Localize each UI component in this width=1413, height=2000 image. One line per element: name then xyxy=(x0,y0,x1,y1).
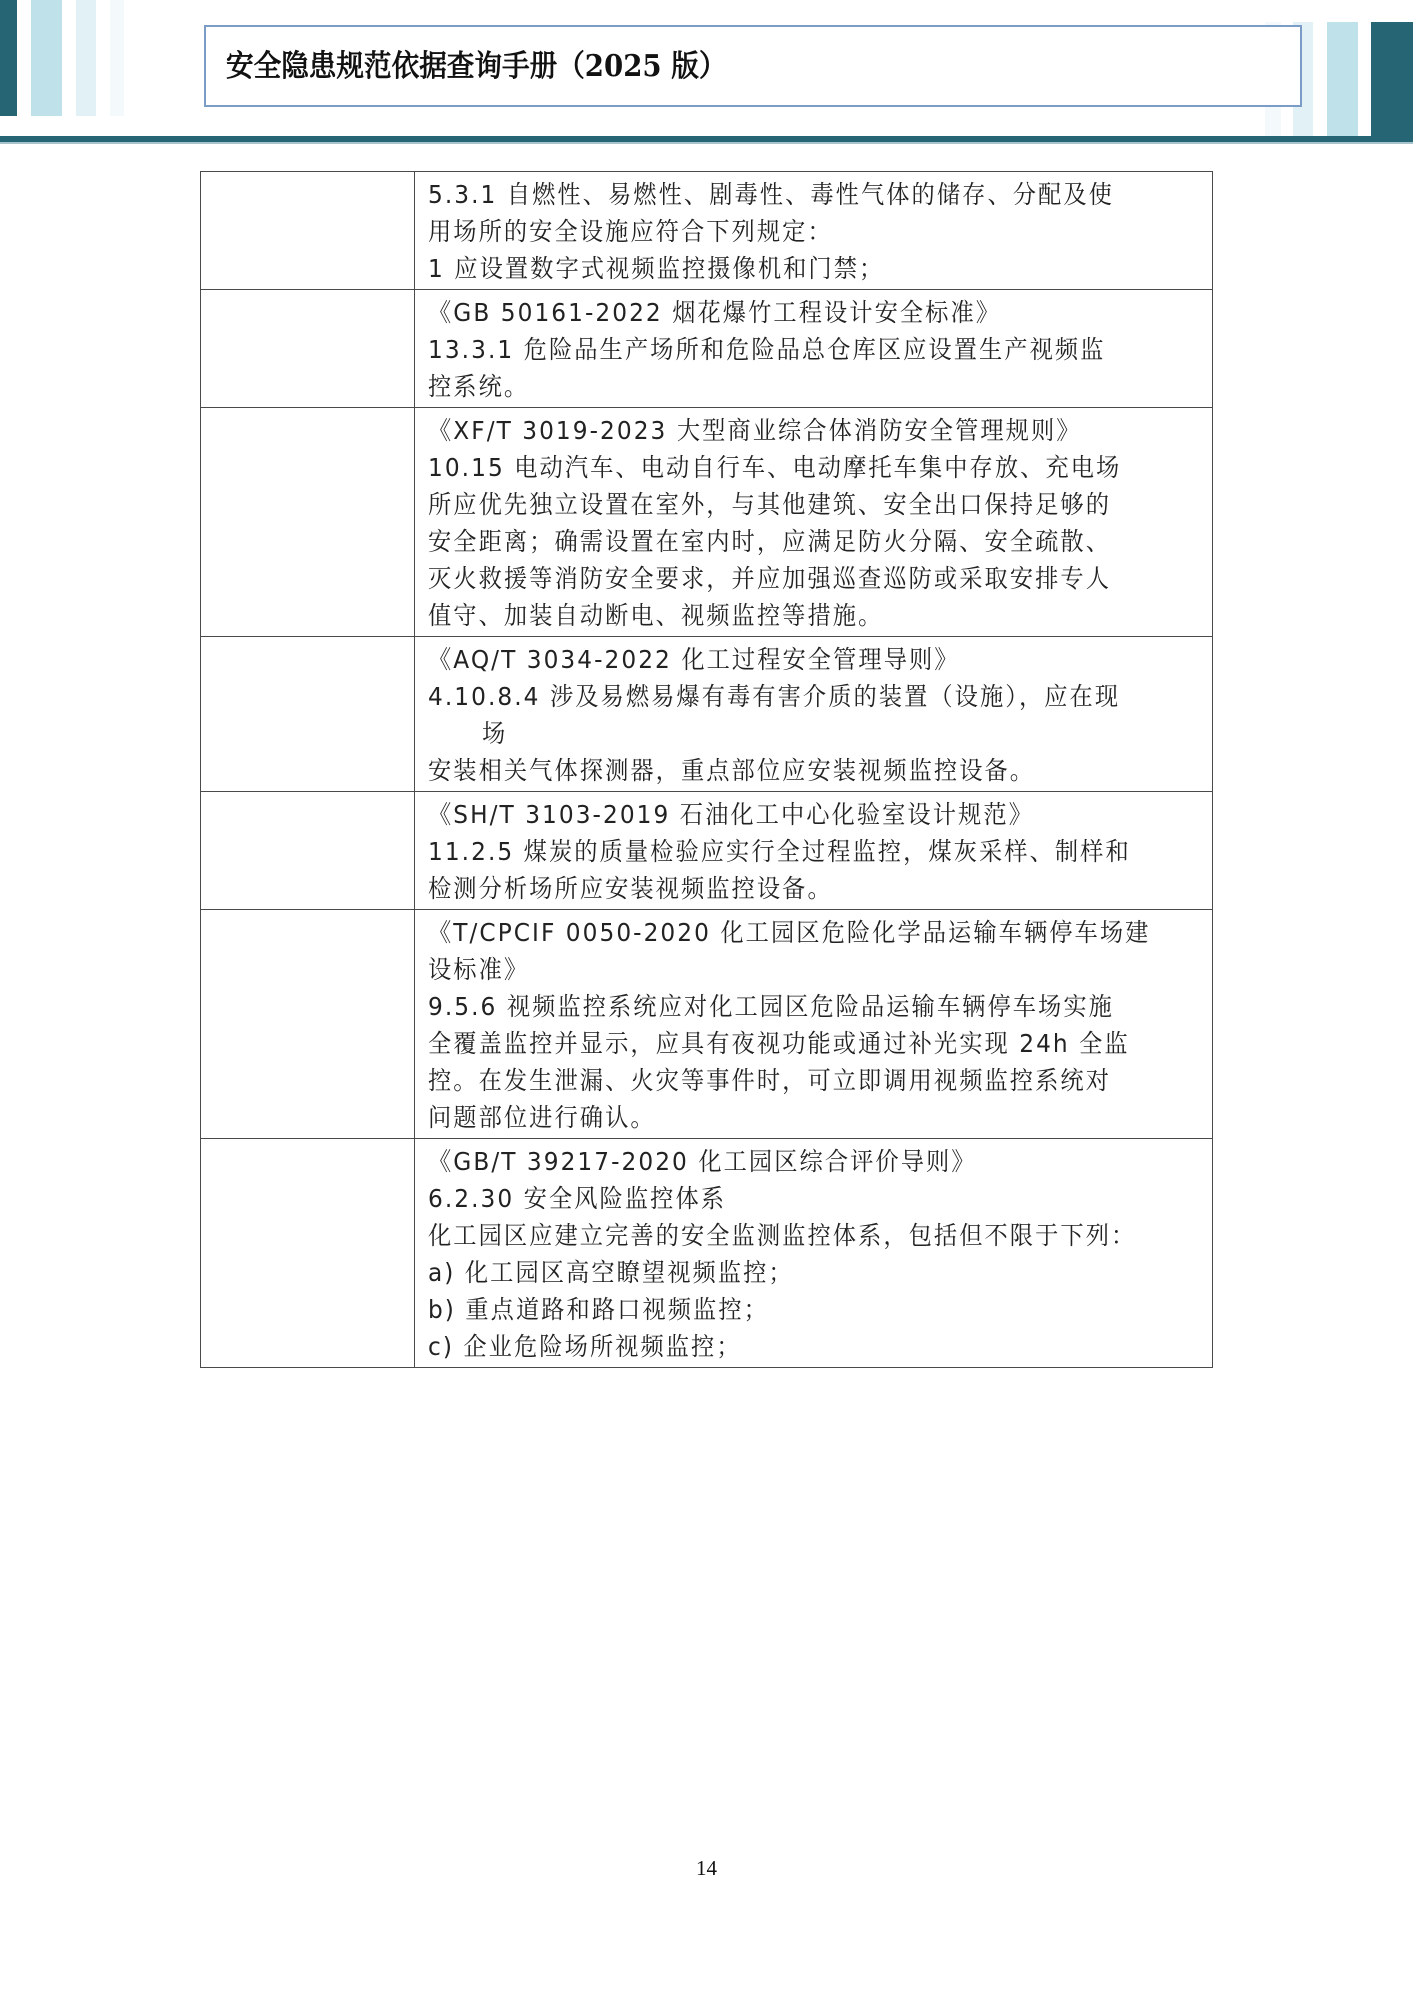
regulation-text-line: 安装相关气体探测器，重点部位应安装视频监控设备。 xyxy=(428,752,1146,789)
regulation-text-line: 10.15 电动汽车、电动自行车、电动摩托车集中存放、充电场 xyxy=(428,449,1146,486)
regulation-text-line: 问题部位进行确认。 xyxy=(428,1099,1146,1136)
standard-title: 《SH/T 3103-2019 石油化工中心化验室设计规范》 xyxy=(428,796,1146,833)
regulation-text-line: 用场所的安全设施应符合下列规定： xyxy=(428,213,1146,250)
list-item: b) 重点道路和路口视频监控； xyxy=(428,1291,1146,1328)
table-row: 《XF/T 3019-2023 大型商业综合体消防安全管理规则》 10.15 电… xyxy=(201,408,1213,637)
regulation-cell: 《XF/T 3019-2023 大型商业综合体消防安全管理规则》 10.15 电… xyxy=(415,408,1213,637)
standard-title: 《T/CPCIF 0050-2020 化工园区危险化学品运输车辆停车场建 xyxy=(428,914,1146,951)
category-cell xyxy=(201,1139,415,1368)
header-stripe-dark-left xyxy=(0,0,17,116)
regulation-text-line: 6.2.30 安全风险监控体系 xyxy=(428,1180,1146,1217)
category-cell xyxy=(201,172,415,290)
standard-title: 设标准》 xyxy=(428,951,1146,988)
regulation-text-line: 控系统。 xyxy=(428,368,1146,405)
header-stripe-faint-left xyxy=(110,0,124,116)
header-stripe-light-left xyxy=(31,0,62,116)
list-item: c) 企业危险场所视频监控； xyxy=(428,1328,1146,1365)
regulation-cell: 《T/CPCIF 0050-2020 化工园区危险化学品运输车辆停车场建 设标准… xyxy=(415,910,1213,1139)
regulation-cell: 5.3.1 自燃性、易燃性、剧毒性、毒性气体的储存、分配及使 用场所的安全设施应… xyxy=(415,172,1213,290)
page-number: 14 xyxy=(0,1856,1413,1881)
category-cell xyxy=(201,910,415,1139)
category-cell xyxy=(201,408,415,637)
regulation-text-line: 5.3.1 自燃性、易燃性、剧毒性、毒性气体的储存、分配及使 xyxy=(428,176,1146,213)
standard-title: 《GB 50161-2022 烟花爆竹工程设计安全标准》 xyxy=(428,294,1146,331)
header-rule-shadow xyxy=(0,142,1413,144)
table-row: 《GB/T 39217-2020 化工园区综合评价导则》 6.2.30 安全风险… xyxy=(201,1139,1213,1368)
regulation-table: 5.3.1 自燃性、易燃性、剧毒性、毒性气体的储存、分配及使 用场所的安全设施应… xyxy=(200,171,1213,1368)
document-title: 安全隐患规范依据查询手册（2025 版） xyxy=(226,41,726,85)
table-row: 5.3.1 自燃性、易燃性、剧毒性、毒性气体的储存、分配及使 用场所的安全设施应… xyxy=(201,172,1213,290)
header-stripe-pale-left xyxy=(76,0,96,116)
regulation-text-line: 1 应设置数字式视频监控摄像机和门禁； xyxy=(428,250,1146,287)
table-row: 《GB 50161-2022 烟花爆竹工程设计安全标准》 13.3.1 危险品生… xyxy=(201,290,1213,408)
list-item: a) 化工园区高空瞭望视频监控； xyxy=(428,1254,1146,1291)
header-stripe-dark-right xyxy=(1371,22,1413,138)
regulation-text-line: 检测分析场所应安装视频监控设备。 xyxy=(428,870,1146,907)
regulation-text-line: 4.10.8.4 涉及易燃易爆有毒有害介质的装置（设施），应在现 xyxy=(428,678,1146,715)
header-title-box: 安全隐患规范依据查询手册（2025 版） xyxy=(204,25,1302,107)
header-stripe-light-right xyxy=(1327,22,1358,136)
regulation-text-line: 全覆盖监控并显示，应具有夜视功能或通过补光实现 24h 全监 xyxy=(428,1025,1146,1062)
category-cell xyxy=(201,792,415,910)
table-row: 《T/CPCIF 0050-2020 化工园区危险化学品运输车辆停车场建 设标准… xyxy=(201,910,1213,1139)
standard-title: 《GB/T 39217-2020 化工园区综合评价导则》 xyxy=(428,1143,1146,1180)
regulation-text-line: 值守、加装自动断电、视频监控等措施。 xyxy=(428,597,1146,634)
regulation-text-line: 场 xyxy=(428,715,1146,752)
category-cell xyxy=(201,290,415,408)
regulation-cell: 《SH/T 3103-2019 石油化工中心化验室设计规范》 11.2.5 煤炭… xyxy=(415,792,1213,910)
table-row: 《AQ/T 3034-2022 化工过程安全管理导则》 4.10.8.4 涉及易… xyxy=(201,637,1213,792)
regulation-text-line: 灭火救援等消防安全要求，并应加强巡查巡防或采取安排专人 xyxy=(428,560,1146,597)
regulation-text-line: 化工园区应建立完善的安全监测监控体系，包括但不限于下列： xyxy=(428,1217,1146,1254)
regulation-text-line: 安全距离；确需设置在室内时，应满足防火分隔、安全疏散、 xyxy=(428,523,1146,560)
regulation-text-line: 所应优先独立设置在室外，与其他建筑、安全出口保持足够的 xyxy=(428,486,1146,523)
standard-title: 《AQ/T 3034-2022 化工过程安全管理导则》 xyxy=(428,641,1146,678)
regulation-cell: 《GB/T 39217-2020 化工园区综合评价导则》 6.2.30 安全风险… xyxy=(415,1139,1213,1368)
regulation-cell: 《GB 50161-2022 烟花爆竹工程设计安全标准》 13.3.1 危险品生… xyxy=(415,290,1213,408)
regulation-text-line: 13.3.1 危险品生产场所和危险品总仓库区应设置生产视频监 xyxy=(428,331,1146,368)
regulation-text-line: 9.5.6 视频监控系统应对化工园区危险品运输车辆停车场实施 xyxy=(428,988,1146,1025)
regulation-text-line: 控。在发生泄漏、火灾等事件时，可立即调用视频监控系统对 xyxy=(428,1062,1146,1099)
regulation-text-line: 11.2.5 煤炭的质量检验应实行全过程监控，煤灰采样、制样和 xyxy=(428,833,1146,870)
category-cell xyxy=(201,637,415,792)
table-row: 《SH/T 3103-2019 石油化工中心化验室设计规范》 11.2.5 煤炭… xyxy=(201,792,1213,910)
regulation-cell: 《AQ/T 3034-2022 化工过程安全管理导则》 4.10.8.4 涉及易… xyxy=(415,637,1213,792)
standard-title: 《XF/T 3019-2023 大型商业综合体消防安全管理规则》 xyxy=(428,412,1146,449)
